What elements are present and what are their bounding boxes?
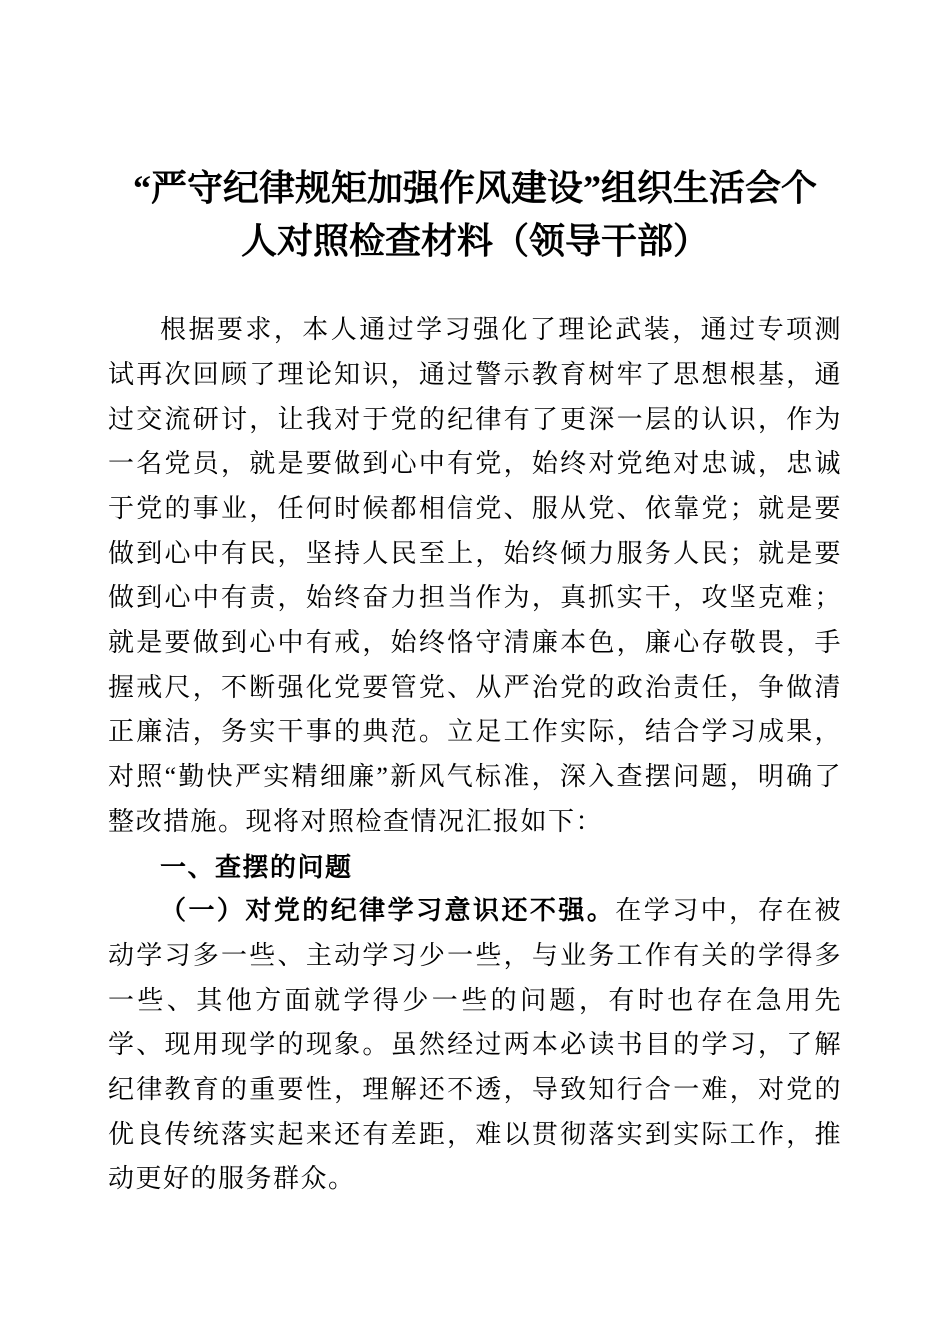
section-1-heading: 一、查摆的问题 (108, 845, 842, 890)
document-title: “严守纪律规矩加强作风建设”组织生活会个 人对照检查材料（领导干部） (108, 162, 842, 268)
document-title-line-1: “严守纪律规矩加强作风建设”组织生活会个 (108, 162, 842, 215)
document-body: 根据要求，本人通过学习强化了理论武装，通过专项测试再次回顾了理论知识，通过警示教… (108, 308, 842, 1202)
document-page: “严守纪律规矩加强作风建设”组织生活会个 人对照检查材料（领导干部） 根据要求，… (0, 0, 950, 1344)
section-1-item-1-paragraph: （一）对党的纪律学习意识还不强。在学习中，存在被动学习多一些、主动学习少一些，与… (108, 889, 842, 1202)
item-1-body-text: 在学习中，存在被动学习多一些、主动学习少一些，与业务工作有关的学得多一些、其他方… (108, 896, 842, 1193)
document-title-line-2: 人对照检查材料（领导干部） (108, 215, 842, 268)
intro-paragraph: 根据要求，本人通过学习强化了理论武装，通过专项测试再次回顾了理论知识，通过警示教… (108, 308, 842, 844)
item-1-lead-sentence: （一）对党的纪律学习意识还不强。 (160, 896, 615, 925)
